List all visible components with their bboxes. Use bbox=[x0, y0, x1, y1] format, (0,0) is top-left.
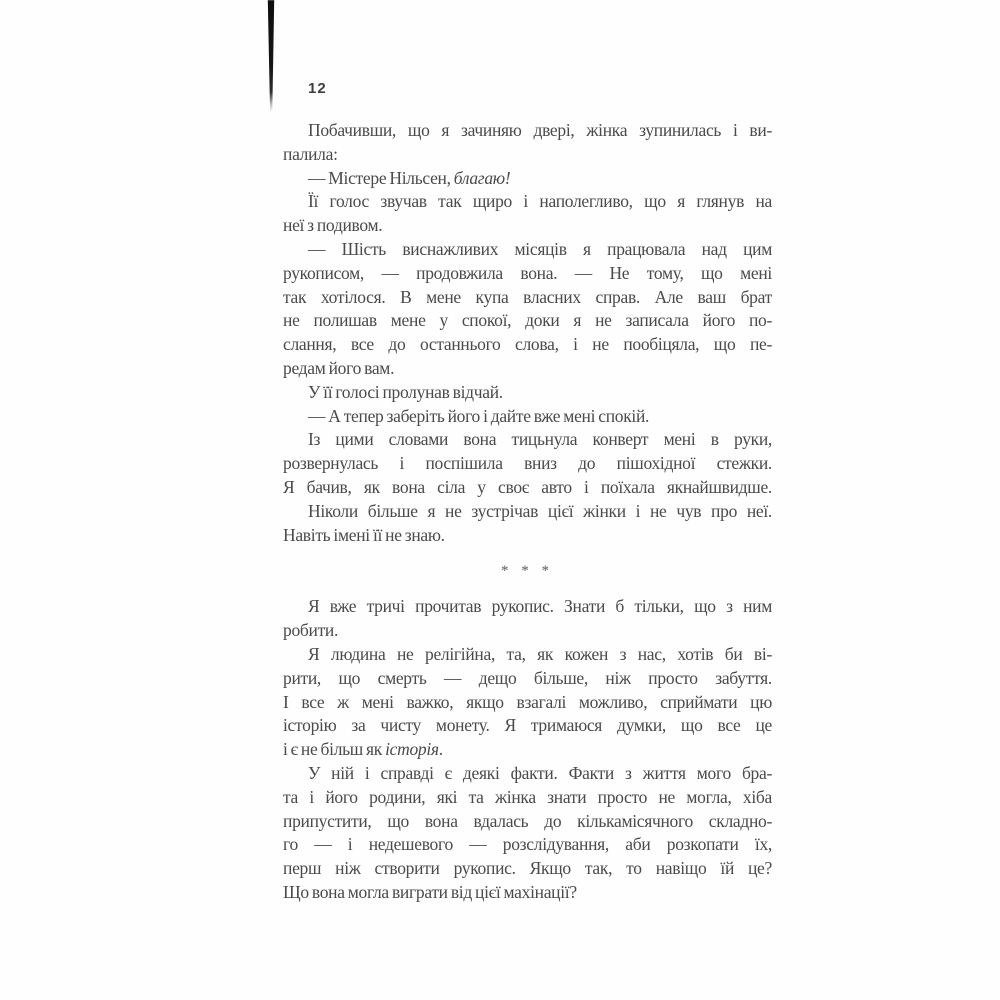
text-line: історію за чисту монету. Я тримаюся думк… bbox=[283, 714, 772, 738]
text-line: редам його вам. bbox=[283, 357, 772, 381]
emphasized-text: благаю! bbox=[454, 168, 511, 188]
text-segment: — Містере Нільсен, bbox=[308, 168, 454, 188]
paragraph: Я вже тричі прочитав рукопис. Знати б ті… bbox=[283, 595, 772, 643]
text-segment: Із цими словами вона тицьнула конверт ме… bbox=[308, 429, 772, 449]
text-segment: Я бачив, як вона сіла у своє авто і поїх… bbox=[283, 477, 772, 497]
text-line: припустити, що вона вдалась до кількаміс… bbox=[283, 810, 772, 834]
paragraph: — А тепер заберіть його і дайте вже мені… bbox=[283, 405, 772, 429]
text-segment: рукописом, — продовжила вона. — Не тому,… bbox=[283, 263, 772, 283]
paragraph: У її голосі пролунав відчай. bbox=[283, 381, 772, 405]
text-segment: го — і недешевого — розслідування, аби р… bbox=[283, 834, 772, 854]
text-segment: перш ніж створити рукопис. Якщо так, то … bbox=[283, 858, 772, 878]
text-segment: Ніколи більше я не зустрічав цієї жінки … bbox=[308, 501, 772, 521]
bookmark-ribbon bbox=[267, 0, 275, 112]
text-line: Ніколи більше я не зустрічав цієї жінки … bbox=[283, 500, 772, 524]
text-line: го — і недешевого — розслідування, аби р… bbox=[283, 833, 772, 857]
text-segment: палила: bbox=[283, 144, 338, 164]
text-segment: так хотілося. В мене купа власних справ.… bbox=[283, 287, 772, 307]
text-segment: рити, що смерть — дещо більше, ніж прост… bbox=[283, 668, 772, 688]
text-segment: неї з подивом. bbox=[283, 215, 382, 235]
paragraph: У ній і справді є деякі факти. Факти з ж… bbox=[283, 762, 772, 905]
text-segment: Навіть імені її не знаю. bbox=[283, 525, 445, 545]
text-line: перш ніж створити рукопис. Якщо так, то … bbox=[283, 857, 772, 881]
text-line: Я бачив, як вона сіла у своє авто і поїх… bbox=[283, 476, 772, 500]
text-segment: редам його вам. bbox=[283, 358, 394, 378]
text-line: робити. bbox=[283, 619, 772, 643]
text-segment: Що вона могла виграти від цієї махінації… bbox=[283, 882, 577, 902]
text-line: та і його родини, які та жінка знати про… bbox=[283, 786, 772, 810]
text-line: палила: bbox=[283, 143, 772, 167]
text-line: так хотілося. В мене купа власних справ.… bbox=[283, 286, 772, 310]
emphasized-text: історія bbox=[385, 739, 439, 759]
text-segment: — А тепер заберіть його і дайте вже мені… bbox=[308, 406, 649, 426]
text-segment: У ній і справді є деякі факти. Факти з ж… bbox=[308, 763, 772, 783]
text-segment: історію за чисту монету. Я тримаюся думк… bbox=[283, 715, 772, 735]
text-line: — А тепер заберіть його і дайте вже мені… bbox=[283, 405, 772, 429]
paragraph: Із цими словами вона тицьнула конверт ме… bbox=[283, 428, 772, 499]
text-line: Я людина не релігійна, та, як кожен з на… bbox=[283, 643, 772, 667]
text-segment: Побачивши, що я зачиняю двері, жінка зуп… bbox=[308, 120, 772, 140]
paragraph: Побачивши, що я зачиняю двері, жінка зуп… bbox=[283, 119, 772, 167]
text-segment: — Шість виснажливих місяців я працювала … bbox=[308, 239, 772, 259]
text-line: У її голосі пролунав відчай. bbox=[283, 381, 772, 405]
text-segment: не полишав мене у спокої, доки я не запи… bbox=[283, 310, 772, 330]
text-segment: робити. bbox=[283, 620, 338, 640]
text-line: — Шість виснажливих місяців я працювала … bbox=[283, 238, 772, 262]
paragraph: Ніколи більше я не зустрічав цієї жінки … bbox=[283, 500, 772, 548]
text-line: Я вже тричі прочитав рукопис. Знати б ті… bbox=[283, 595, 772, 619]
text-line: І все ж мені важко, якщо взагалі можливо… bbox=[283, 691, 772, 715]
text-line: Її голос звучав так щиро і наполегливо, … bbox=[283, 190, 772, 214]
text-segment: У її голосі пролунав відчай. bbox=[308, 382, 503, 402]
text-line: Що вона могла виграти від цієї махінації… bbox=[283, 881, 772, 905]
book-page: 12 Побачивши, що я зачиняю двері, жінка … bbox=[0, 0, 1000, 1000]
text-segment: слання, все до останнього слова, і не по… bbox=[283, 334, 772, 354]
text-line: — Містере Нільсен, благаю! bbox=[283, 167, 772, 191]
paragraph: Її голос звучав так щиро і наполегливо, … bbox=[283, 190, 772, 238]
section-separator: * * * bbox=[283, 547, 772, 595]
text-segment: Я людина не релігійна, та, як кожен з на… bbox=[308, 644, 772, 664]
text-line: неї з подивом. bbox=[283, 214, 772, 238]
text-segment: І все ж мені важко, якщо взагалі можливо… bbox=[283, 692, 772, 712]
text-segment: та і його родини, які та жінка знати про… bbox=[283, 787, 772, 807]
text-line: розвернулась і поспішила вниз до пішохід… bbox=[283, 452, 772, 476]
paragraph: Я людина не релігійна, та, як кожен з на… bbox=[283, 643, 772, 762]
text-segment: Її голос звучав так щиро і наполегливо, … bbox=[308, 191, 772, 211]
text-line: У ній і справді є деякі факти. Факти з ж… bbox=[283, 762, 772, 786]
text-line: рукописом, — продовжила вона. — Не тому,… bbox=[283, 262, 772, 286]
text-segment: припустити, що вона вдалась до кількаміс… bbox=[283, 811, 772, 831]
paragraph: — Шість виснажливих місяців я працювала … bbox=[283, 238, 772, 381]
text-line: не полишав мене у спокої, доки я не запи… bbox=[283, 309, 772, 333]
paragraph: — Містере Нільсен, благаю! bbox=[283, 167, 772, 191]
text-segment: і є не більш як bbox=[283, 739, 385, 759]
text-line: і є не більш як історія. bbox=[283, 738, 772, 762]
text-line: слання, все до останнього слова, і не по… bbox=[283, 333, 772, 357]
text-line: Побачивши, що я зачиняю двері, жінка зуп… bbox=[283, 119, 772, 143]
page-text: Побачивши, що я зачиняю двері, жінка зуп… bbox=[283, 119, 772, 905]
text-segment: Я вже тричі прочитав рукопис. Знати б ті… bbox=[308, 596, 772, 616]
text-line: рити, що смерть — дещо більше, ніж прост… bbox=[283, 667, 772, 691]
text-line: Навіть імені її не знаю. bbox=[283, 524, 772, 548]
text-line: Із цими словами вона тицьнула конверт ме… bbox=[283, 428, 772, 452]
text-segment: розвернулась і поспішила вниз до пішохід… bbox=[283, 453, 772, 473]
text-segment: . bbox=[439, 739, 443, 759]
page-number: 12 bbox=[308, 80, 327, 97]
